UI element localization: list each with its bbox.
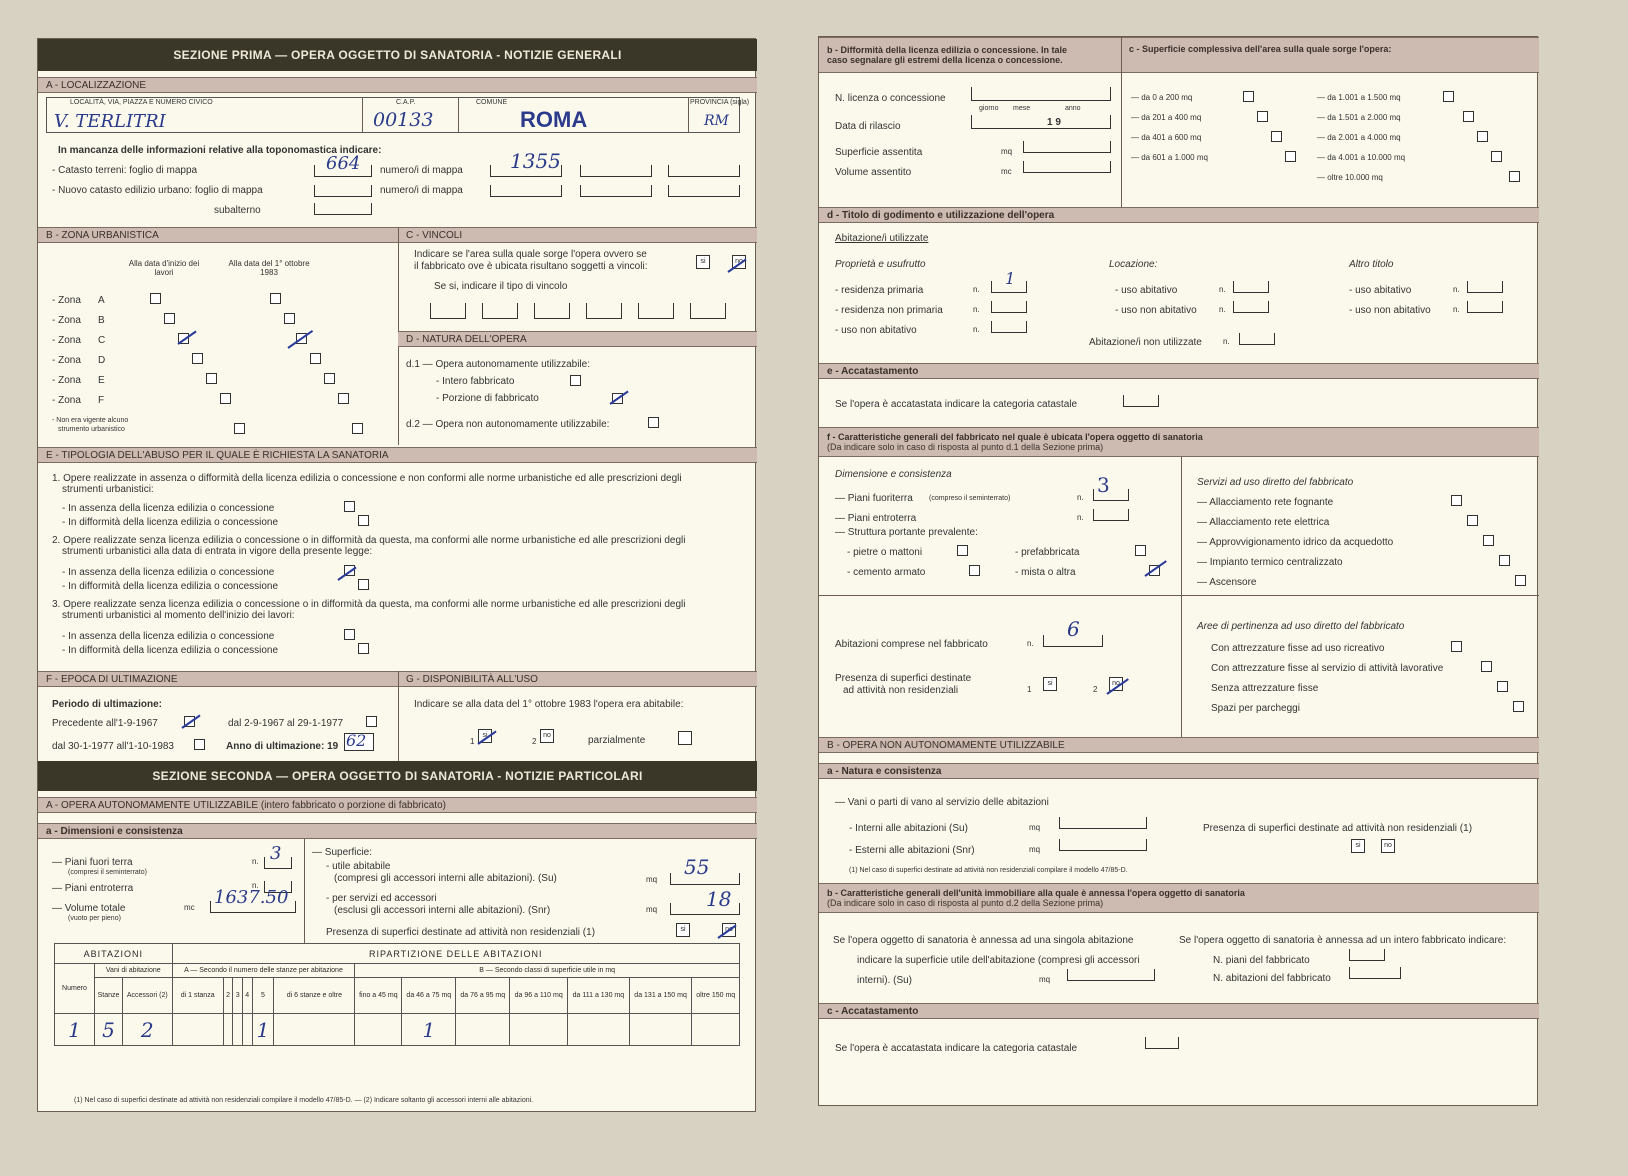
- form-page-left: SEZIONE PRIMA — OPERA OGGETTO DI SANATOR…: [37, 38, 756, 1112]
- volume-label: — Volume totale: [52, 903, 125, 914]
- prefabbricata-label: - prefabbricata: [1015, 547, 1079, 558]
- abuse-3b-label: - In difformità della licenza edilizia o…: [62, 645, 278, 656]
- range-6-checkbox[interactable]: [1463, 111, 1474, 122]
- prop-uso-non-abitativo-label: - uso non abitativo: [835, 325, 917, 336]
- section-b-difformita-header: b - Difformità della licenza edilizia o …: [819, 37, 1121, 73]
- presenza-2-label: ad attività non residenziali: [843, 685, 958, 696]
- unit-mq: mq: [646, 905, 657, 914]
- col-2: 2: [223, 978, 233, 1014]
- res-non-primaria-label: - residenza non primaria: [835, 305, 943, 316]
- range-2-checkbox[interactable]: [1257, 111, 1268, 122]
- zone-a-start-checkbox[interactable]: [150, 293, 161, 304]
- col-1-stanza: di 1 stanza: [172, 978, 223, 1014]
- utile-value: 55: [684, 855, 709, 879]
- prop-uso-non-abitativo-field[interactable]: [991, 321, 1027, 333]
- zone-e-start-checkbox[interactable]: [206, 373, 217, 384]
- col-4: 4: [242, 978, 252, 1014]
- col-numero: Numero: [55, 964, 95, 1014]
- nuovo-foglio-field[interactable]: [314, 185, 372, 197]
- cell-fino-45[interactable]: [355, 1014, 402, 1046]
- ascensore-checkbox[interactable]: [1515, 575, 1526, 586]
- parzialmente-label: parzialmente: [588, 735, 645, 746]
- giorno-label: giorno: [979, 105, 998, 112]
- f-piani-entro-field[interactable]: [1093, 509, 1129, 521]
- elettrica-checkbox[interactable]: [1467, 515, 1478, 526]
- vincolo-field-6[interactable]: [690, 303, 726, 319]
- f-piani-entro-label: — Piani entroterra: [835, 513, 916, 524]
- natura-header: a - Natura e consistenza: [819, 763, 1539, 779]
- loc-uso-non-abitativo-field[interactable]: [1233, 301, 1269, 313]
- abuse-1-text-2: strumenti urbanistici:: [62, 484, 154, 495]
- ripartizione-header: RIPARTIZIONE DELLE ABITAZIONI: [172, 944, 739, 964]
- unit-n: n.: [1219, 305, 1226, 314]
- non-utilizzate-label: Abitazione/i non utilizzate: [1089, 337, 1202, 348]
- provincia-field[interactable]: RM: [704, 113, 729, 129]
- servizi-value: 18: [706, 887, 731, 911]
- range-7-checkbox[interactable]: [1477, 131, 1488, 142]
- prefabbricata-checkbox[interactable]: [1135, 545, 1146, 556]
- section-c-header: C - VINCOLI: [398, 227, 757, 243]
- res-non-primaria-field[interactable]: [991, 301, 1027, 313]
- subalterno-label: subalterno: [214, 205, 261, 216]
- col-fino-45: fino a 45 mq: [355, 978, 402, 1014]
- period-opt2-checkbox[interactable]: [366, 716, 377, 727]
- section-b-non-autonoma-header: B - OPERA NON AUTONOMAMENTE UTILIZZABILE: [819, 737, 1539, 753]
- zone-b-start-checkbox[interactable]: [164, 313, 175, 324]
- interni-field[interactable]: [1059, 817, 1147, 829]
- abuse-3-text-2: strumenti urbanistici al momento dell'in…: [62, 610, 295, 621]
- presenza-si-checkbox[interactable]: si: [676, 923, 690, 937]
- cell-2[interactable]: [223, 1014, 233, 1046]
- f-piani-fuori-value: 3: [1097, 473, 1110, 497]
- c-accatastamento-text: Se l'opera è accatastata indicare la cat…: [835, 1043, 1077, 1054]
- superficie-assentita-label: Superficie assentita: [835, 147, 922, 158]
- unit-n: n.: [973, 305, 980, 314]
- period-opt3-label: dal 30-1-1977 all'1-10-1983: [52, 741, 174, 752]
- cell-4[interactable]: [242, 1014, 252, 1046]
- d1-label: d.1 — Opera autonomamente utilizzabile:: [406, 359, 590, 370]
- catasto-terreni-label: - Catasto terreni: foglio di mappa: [52, 165, 197, 176]
- indicare-label: indicare la superficie utile dell'abitaz…: [857, 955, 1140, 966]
- piani-fuori-label: — Piani fuori terra: [52, 857, 133, 868]
- section-d-header: D - NATURA DELL'OPERA: [398, 331, 757, 347]
- piani-fuori-note: (compresi il seminterrato): [68, 869, 147, 876]
- cell-3[interactable]: [233, 1014, 243, 1046]
- parzialmente-checkbox[interactable]: [678, 731, 692, 745]
- unit-n: n.: [1077, 513, 1084, 522]
- cell-111-130[interactable]: [568, 1014, 630, 1046]
- altro-uso-abitativo-label: - uso abitativo: [1349, 285, 1411, 296]
- locazione-label: Locazione:: [1109, 259, 1157, 270]
- no-zone-start-checkbox[interactable]: [234, 423, 245, 434]
- cell-96-110[interactable]: [510, 1014, 568, 1046]
- no-zone-label-1: - Non era vigente alcuno: [52, 417, 128, 424]
- abuse-2a-label: - In assenza della licenza edilizia o co…: [62, 567, 274, 578]
- abuse-3b-checkbox[interactable]: [358, 643, 369, 654]
- unit-mq: mq: [646, 875, 657, 884]
- dimensioni-header: a - Dimensioni e consistenza: [38, 823, 757, 839]
- unit-n: n.: [1453, 305, 1460, 314]
- abuse-3a-checkbox[interactable]: [344, 629, 355, 640]
- abuse-3a-label: - In assenza della licenza edilizia o co…: [62, 631, 274, 642]
- section-e-accatastamento-header: e - Accatastamento: [819, 363, 1539, 379]
- f-presenza-si-checkbox[interactable]: si: [1043, 677, 1057, 691]
- table-footnote: (1) Nel caso di superfici destinate ad a…: [74, 1097, 533, 1104]
- foglio-mappa-field[interactable]: 664: [326, 153, 360, 174]
- group-b-header: B — Secondo classi di superficie utile i…: [355, 964, 740, 978]
- cell-46-75[interactable]: 1: [402, 1014, 456, 1046]
- n-abitazioni-label: N. abitazioni del fabbricato: [1213, 973, 1331, 984]
- licenza-label: N. licenza o concessione: [835, 93, 946, 104]
- zone-e-1983-checkbox[interactable]: [324, 373, 335, 384]
- n-piani-label: N. piani del fabbricato: [1213, 955, 1310, 966]
- abuse-2-text-2: strumenti urbanistici alla data di entra…: [62, 546, 372, 557]
- abitazioni-comprese-value: 6: [1067, 617, 1080, 641]
- table-row: 1 5 2 1 1: [55, 1014, 740, 1046]
- abitabile-no-checkbox[interactable]: no: [540, 729, 554, 743]
- vincolo-field-3[interactable]: [534, 303, 570, 319]
- abitazioni-header: ABITAZIONI: [55, 944, 173, 964]
- unit-n: n.: [1077, 493, 1084, 502]
- f-piani-fuori-note: (compreso il seminterrato): [929, 495, 1010, 502]
- acquedotto-checkbox[interactable]: [1483, 535, 1494, 546]
- abuse-1a-checkbox[interactable]: [344, 501, 355, 512]
- senza-attrezzature-checkbox[interactable]: [1497, 681, 1508, 692]
- no-zone-label-2: strumento urbanistico: [58, 426, 125, 433]
- cell-6-oltre[interactable]: [274, 1014, 355, 1046]
- singola-label: Se l'opera oggetto di sanatoria è anness…: [833, 935, 1133, 946]
- numeri-mappa-label-2: numero/i di mappa: [380, 185, 463, 196]
- vincoli-si-checkbox[interactable]: si: [696, 255, 710, 269]
- proprieta-label: Proprietà e usufrutto: [835, 259, 926, 270]
- data-rilascio-field[interactable]: [971, 115, 1111, 129]
- zone-d-start-checkbox[interactable]: [192, 353, 203, 364]
- range-9-checkbox[interactable]: [1509, 171, 1520, 182]
- section-b-header: B - ZONA URBANISTICA: [38, 227, 398, 243]
- b-presenza-no-checkbox[interactable]: no: [1381, 839, 1395, 853]
- b-footnote: (1) Nel caso di superfici destinate ad a…: [849, 867, 1128, 874]
- altro-titolo-label: Altro titolo: [1349, 259, 1393, 270]
- mese-label: mese: [1013, 105, 1030, 112]
- altro-uso-non-abitativo-label: - uso non abitativo: [1349, 305, 1431, 316]
- unit-mq: mq: [1029, 823, 1040, 832]
- n-piani-field[interactable]: [1349, 949, 1385, 961]
- section-prima-title: SEZIONE PRIMA — OPERA OGGETTO DI SANATOR…: [38, 39, 757, 71]
- vincolo-field-4[interactable]: [586, 303, 622, 319]
- unit-n: n.: [1453, 285, 1460, 294]
- res-primaria-value: 1: [1005, 269, 1015, 288]
- section-d-titolo-header: d - Titolo di godimento e utilizzazione …: [819, 207, 1539, 223]
- nuovo-numero-field-1[interactable]: [490, 185, 562, 197]
- col-46-75: da 46 a 75 mq: [402, 978, 456, 1014]
- no-zone-1983-checkbox[interactable]: [352, 423, 363, 434]
- intero-fabbricato-label: - Intero fabbricato: [436, 376, 514, 387]
- cell-stanze[interactable]: 5: [95, 1014, 123, 1046]
- form-page-right: b - Difformità della licenza edilizia o …: [818, 36, 1538, 1106]
- year-label: Anno di ultimazione: 19: [226, 741, 338, 752]
- porzione-fabbricato-label: - Porzione di fabbricato: [436, 393, 539, 404]
- unit-mc: mc: [184, 903, 195, 912]
- esterni-field[interactable]: [1059, 839, 1147, 851]
- group-a-header: A — Secondo il numero delle stanze per a…: [172, 964, 355, 978]
- abuse-3-text: 3. Opere realizzate senza licenza ediliz…: [52, 599, 685, 610]
- abuse-1a-label: - In assenza della licenza edilizia o co…: [62, 503, 274, 514]
- piani-entro-label: — Piani entroterra: [52, 883, 133, 894]
- servizi-label-2: (esclusi gli accessori interni alle abit…: [334, 905, 550, 916]
- col-111-130: da 111 a 130 mq: [568, 978, 630, 1014]
- unit-n: n.: [973, 325, 980, 334]
- abitabile-question: Indicare se alla data del 1° ottobre 198…: [414, 699, 683, 710]
- volume-assentito-label: Volume assentito: [835, 167, 911, 178]
- cap-field[interactable]: 00133: [373, 109, 433, 131]
- vincoli-question-1: Indicare se l'area sulla quale sorge l'o…: [414, 249, 647, 260]
- loc-uso-non-abitativo-label: - uso non abitativo: [1115, 305, 1197, 316]
- range-5-checkbox[interactable]: [1443, 91, 1454, 102]
- esterni-label: - Esterni alle abitazioni (Snr): [849, 845, 975, 856]
- d2-label: d.2 — Opera non autonomamente utilizzabi…: [406, 419, 609, 430]
- zone-col2-label: Alla data del 1° ottobre 1983: [224, 259, 314, 277]
- unit-mq: mq: [1029, 845, 1040, 854]
- b-presenza-si-checkbox[interactable]: si: [1351, 839, 1365, 853]
- pietre-checkbox[interactable]: [957, 545, 968, 556]
- period-opt3-checkbox[interactable]: [194, 739, 205, 750]
- subalterno-field[interactable]: [314, 203, 372, 215]
- nuovo-numero-field-2[interactable]: [580, 185, 652, 197]
- termico-checkbox[interactable]: [1499, 555, 1510, 566]
- ripartizione-table: ABITAZIONI RIPARTIZIONE DELLE ABITAZIONI…: [54, 943, 740, 1046]
- cell-5[interactable]: 1: [252, 1014, 274, 1046]
- pietre-label: - pietre o mattoni: [847, 547, 922, 558]
- col-stanze: Stanze: [95, 978, 123, 1014]
- section-seconda-title: SEZIONE SECONDA — OPERA OGGETTO DI SANAT…: [38, 761, 757, 791]
- section-a-header: A - LOCALIZZAZIONE: [38, 77, 757, 93]
- section-c-accatastamento-header: c - Accatastamento: [819, 1003, 1539, 1019]
- abuse-1b-checkbox[interactable]: [358, 515, 369, 526]
- res-primaria-label: - residenza primaria: [835, 285, 923, 296]
- provincia-label: PROVINCIA (sigla): [690, 99, 749, 106]
- superficie-label: — Superficie:: [312, 847, 372, 858]
- address-field[interactable]: V. TERLITRI: [54, 111, 166, 132]
- n-abitazioni-field[interactable]: [1349, 967, 1401, 979]
- col-96-110: da 96 a 110 mq: [510, 978, 568, 1014]
- range-3-checkbox[interactable]: [1271, 131, 1282, 142]
- presenza-label: Presenza di superfici destinate ad attiv…: [326, 927, 595, 938]
- unit-n: n.: [1223, 337, 1230, 346]
- cemento-checkbox[interactable]: [969, 565, 980, 576]
- servizi-label-1: - per servizi ed accessori: [326, 893, 437, 904]
- volume-value: 1637.50: [214, 887, 288, 908]
- anno-prefix: 1 9: [1047, 117, 1061, 128]
- section-c-superficie-header: c - Superficie complessiva dell'area sul…: [1121, 37, 1539, 73]
- col-accessori: Accessori (2): [123, 978, 173, 1014]
- non-utilizzate-field[interactable]: [1239, 333, 1275, 345]
- vincolo-field-1[interactable]: [430, 303, 466, 319]
- unit-n: n.: [1219, 285, 1226, 294]
- zone-a-1983-checkbox[interactable]: [270, 293, 281, 304]
- cell-1-stanza[interactable]: [172, 1014, 223, 1046]
- vincolo-field-5[interactable]: [638, 303, 674, 319]
- abuse-1b-label: - In difformità della licenza edilizia o…: [62, 517, 278, 528]
- cap-label: C.A.P.: [396, 99, 415, 106]
- section-f-caratteristiche-header: f - Caratteristiche generali del fabbric…: [819, 427, 1539, 457]
- loc-uso-abitativo-label: - uso abitativo: [1115, 285, 1177, 296]
- volume-assentito-field[interactable]: [1023, 161, 1111, 173]
- volume-note: (vuoto per pieno): [68, 915, 121, 922]
- abitazioni-utilizzate-label: Abitazione/i utilizzate: [835, 233, 928, 244]
- nuovo-numero-field-3[interactable]: [668, 185, 740, 197]
- cell-131-150[interactable]: [629, 1014, 692, 1046]
- presenza-1-label: Presenza di superfici destinate: [835, 673, 971, 684]
- section-g-header: G - DISPONIBILITÀ ALL'USO: [398, 671, 757, 687]
- range-1-checkbox[interactable]: [1243, 91, 1254, 102]
- superficie-assentita-field[interactable]: [1023, 141, 1111, 153]
- licenza-field[interactable]: [971, 87, 1111, 101]
- piani-fuori-value: 3: [270, 843, 281, 864]
- vincolo-type-label: Se si, indicare il tipo di vincolo: [434, 281, 567, 292]
- servizi-title: Servizi ad uso diretto del fabbricato: [1197, 477, 1353, 488]
- altro-uso-non-abitativo-field[interactable]: [1467, 301, 1503, 313]
- f-piani-fuori-label: — Piani fuoriterra: [835, 493, 913, 504]
- cell-numero[interactable]: 1: [55, 1014, 95, 1046]
- anno-label: anno: [1065, 105, 1081, 112]
- altro-uso-abitativo-field[interactable]: [1467, 281, 1503, 293]
- section-b-caratteristiche-header: b - Caratteristiche generali dell'unità …: [819, 883, 1539, 913]
- unit-n: n.: [252, 857, 259, 866]
- period-label: Periodo di ultimazione:: [52, 699, 162, 710]
- unit-n: n.: [973, 285, 980, 294]
- abuse-2b-label: - In difformità della licenza edilizia o…: [62, 581, 278, 592]
- cell-accessori[interactable]: 2: [123, 1014, 173, 1046]
- unit-mc: mc: [1001, 167, 1012, 176]
- categoria-catastale-field[interactable]: [1123, 395, 1159, 407]
- abuse-2-text: 2. Opere realizzate senza licenza ediliz…: [52, 535, 685, 546]
- zone-f-1983-checkbox[interactable]: [338, 393, 349, 404]
- data-rilascio-label: Data di rilascio: [835, 121, 901, 132]
- period-opt2-label: dal 2-9-1967 al 29-1-1977: [228, 718, 343, 729]
- unit-mq: mq: [1001, 147, 1012, 156]
- year-value: 62: [346, 731, 366, 750]
- ricreativo-checkbox[interactable]: [1451, 641, 1462, 652]
- vani-header: Vani di abitazione: [95, 964, 173, 978]
- vincolo-field-2[interactable]: [482, 303, 518, 319]
- period-opt1-label: Precedente all'1-9-1967: [52, 718, 158, 729]
- dimensione-label: Dimensione e consistenza: [835, 469, 952, 480]
- abuse-1-text: 1. Opere realizzate in assenza o difform…: [52, 473, 682, 484]
- section-e-header: E - TIPOLOGIA DELL'ABUSO PER IL QUALE È …: [38, 447, 757, 463]
- aree-title: Aree di pertinenza ad uso diretto del fa…: [1197, 621, 1404, 632]
- interni-su-label: interni). (Su): [857, 975, 912, 986]
- c-categoria-field[interactable]: [1145, 1037, 1179, 1049]
- vani-label: — Vani o parti di vano al servizio delle…: [835, 797, 1049, 808]
- lavorative-checkbox[interactable]: [1481, 661, 1492, 672]
- numero-mappa-field-3[interactable]: [668, 165, 740, 177]
- cemento-label: - cemento armato: [847, 567, 925, 578]
- cell-oltre-150[interactable]: [692, 1014, 740, 1046]
- comune-field[interactable]: ROMA: [520, 107, 587, 133]
- address-label: LOCALITÀ, VIA, PIAZZA E NUMERO CIVICO: [70, 99, 213, 106]
- utile-label-2: (compresi gli accessori interni alle abi…: [334, 873, 557, 884]
- loc-uso-abitativo-field[interactable]: [1233, 281, 1269, 293]
- comune-label: COMUNE: [476, 99, 507, 106]
- utile-label-1: - utile abitabile: [326, 861, 390, 872]
- intero-fabbricato-checkbox[interactable]: [570, 375, 581, 386]
- interni-label: - Interni alle abitazioni (Su): [849, 823, 968, 834]
- unit-n: n.: [1027, 639, 1034, 648]
- col-3: 3: [233, 978, 243, 1014]
- struttura-label: — Struttura portante prevalente:: [835, 527, 978, 538]
- range-4-checkbox[interactable]: [1285, 151, 1296, 162]
- intero-label: Se l'opera oggetto di sanatoria è anness…: [1179, 935, 1506, 946]
- range-8-checkbox[interactable]: [1491, 151, 1502, 162]
- numero-mappa-field[interactable]: 1355: [510, 149, 561, 173]
- unit-mq: mq: [1039, 975, 1050, 984]
- abitazioni-comprese-label: Abitazioni comprese nel fabbricato: [835, 639, 988, 650]
- nuovo-catasto-label: - Nuovo catasto edilizio urbano: foglio …: [52, 185, 263, 196]
- zone-f-start-checkbox[interactable]: [220, 393, 231, 404]
- accatastamento-text: Se l'opera è accatastata indicare la cat…: [835, 399, 1077, 410]
- col-131-150: da 131 a 150 mq: [629, 978, 692, 1014]
- b-presenza-label: Presenza di superfici destinate ad attiv…: [1203, 823, 1472, 834]
- cell-76-95[interactable]: [456, 1014, 510, 1046]
- section-f-header: F - EPOCA DI ULTIMAZIONE: [38, 671, 398, 687]
- abuse-2b-checkbox[interactable]: [358, 579, 369, 590]
- d2-checkbox[interactable]: [648, 417, 659, 428]
- section2-a-header: A - OPERA AUTONOMAMENTE UTILIZZABILE (in…: [38, 797, 757, 813]
- numeri-mappa-label: numero/i di mappa: [380, 165, 463, 176]
- zone-d-1983-checkbox[interactable]: [310, 353, 321, 364]
- numero-mappa-field-2[interactable]: [580, 165, 652, 177]
- col-oltre-150: oltre 150 mq: [692, 978, 740, 1014]
- vincoli-question-2: il fabbricato ove è ubicata risultano so…: [414, 261, 647, 272]
- su-field[interactable]: [1067, 969, 1155, 981]
- col-5: 5: [252, 978, 274, 1014]
- zone-b-1983-checkbox[interactable]: [284, 313, 295, 324]
- mista-label: - mista o altra: [1015, 567, 1076, 578]
- parcheggi-checkbox[interactable]: [1513, 701, 1524, 712]
- col-6-oltre: di 6 stanze e oltre: [274, 978, 355, 1014]
- col-76-95: da 76 a 95 mq: [456, 978, 510, 1014]
- zone-col1-label: Alla data d'inizio dei lavori: [124, 259, 204, 277]
- fognante-checkbox[interactable]: [1451, 495, 1462, 506]
